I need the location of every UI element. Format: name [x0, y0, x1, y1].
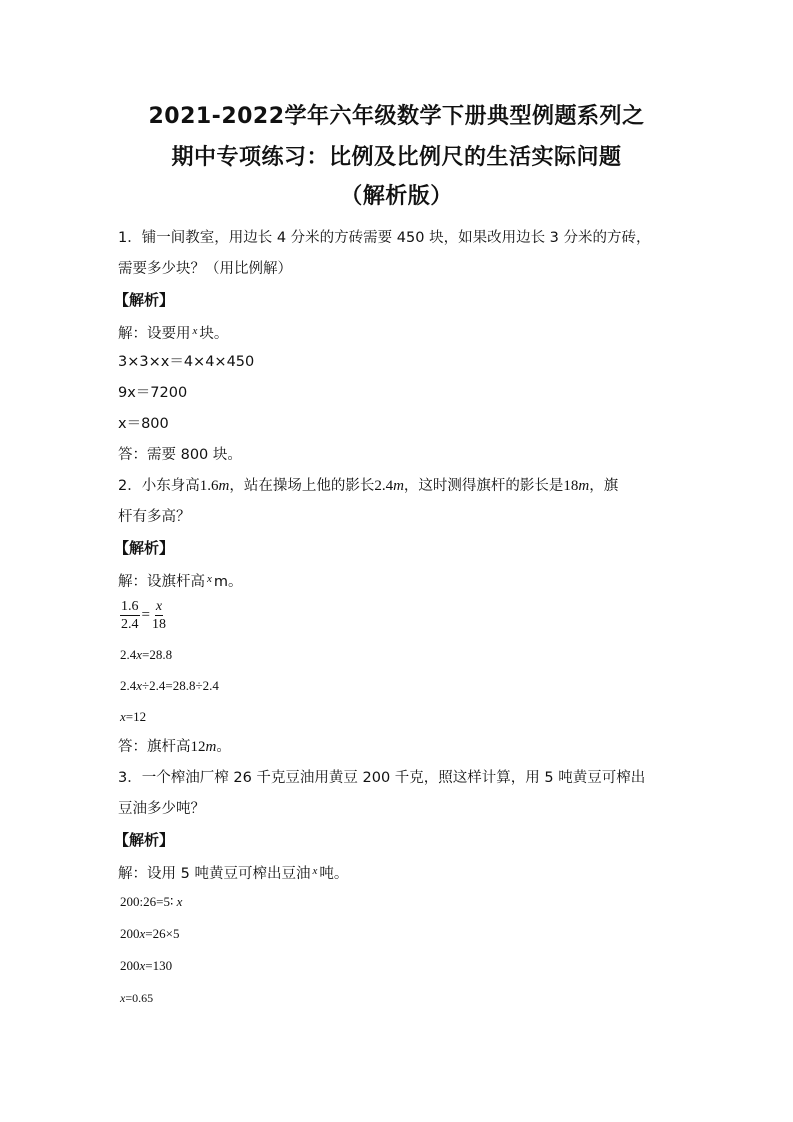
problem-2-answer: 答：旗杆高12m。 — [118, 737, 688, 757]
problem-1-step-2: 9x＝7200 — [118, 383, 688, 403]
problem-1-question-line-1: 1．铺一间教室，用边长 4 分米的方砖需要 450 块，如果改用边长 3 分米的… — [118, 228, 688, 248]
problem-1-step-1: 3×3×x＝4×4×450 — [118, 352, 688, 372]
problem-2-question-line-1: 2．小东身高1.6m，站在操场上他的影长2.4m，这时测得旗杆的影长是18m，旗 — [118, 476, 688, 496]
problem-3-step-2: 200x=26×5 — [120, 924, 690, 944]
problem-3-step-3: 200x=130 — [120, 956, 690, 976]
problem-3-question-line-2: 豆油多少吨？ — [118, 799, 688, 819]
problem-3-question-line-1: 3．一个榨油厂榨 26 千克豆油用黄豆 200 千克，照这样计算，用 5 吨黄豆… — [118, 768, 688, 788]
problem-3-analysis-label: 【解析】 — [114, 830, 684, 850]
document-title-line-1: 2021-2022学年六年级数学下册典型例题系列之 — [0, 104, 793, 130]
problem-1-answer: 答：需要 800 块。 — [118, 445, 688, 465]
fraction-right: x 18 — [152, 598, 166, 633]
problem-2-proportion-fraction: 1.6 2.4 = x 18 — [120, 598, 166, 633]
problem-2-analysis-label: 【解析】 — [114, 538, 684, 558]
document-title-line-2: 期中专项练习：比例及比例尺的生活实际问题 — [0, 145, 793, 171]
document-page: 2021-2022学年六年级数学下册典型例题系列之 期中专项练习：比例及比例尺的… — [0, 0, 793, 1122]
problem-1-question-line-2: 需要多少块？（用比例解） — [118, 259, 688, 279]
problem-3-solution-intro: 解：设用 5 吨黄豆可榨出豆油x吨。 — [118, 861, 688, 884]
problem-2-step-2: 2.4x÷2.4=28.8÷2.4 — [120, 676, 690, 696]
problem-2-step-3: x=12 — [120, 707, 690, 727]
problem-1-analysis-label: 【解析】 — [114, 290, 684, 310]
problem-1-step-3: x＝800 — [118, 414, 688, 434]
document-title-line-3: （解析版） — [0, 184, 793, 210]
problem-1-solution-intro: 解：设要用x块。 — [118, 321, 688, 344]
problem-3-step-1: 200:26=5∶ x — [120, 892, 690, 912]
problem-2-solution-intro: 解：设旗杆高xm。 — [118, 569, 688, 592]
problem-3-step-4: x=0.65 — [120, 988, 690, 1008]
fraction-left: 1.6 2.4 — [120, 598, 140, 633]
problem-number: 1． — [118, 230, 142, 246]
problem-2-question-line-2: 杆有多高？ — [118, 507, 688, 527]
problem-2-step-1: 2.4x=28.8 — [120, 645, 690, 665]
